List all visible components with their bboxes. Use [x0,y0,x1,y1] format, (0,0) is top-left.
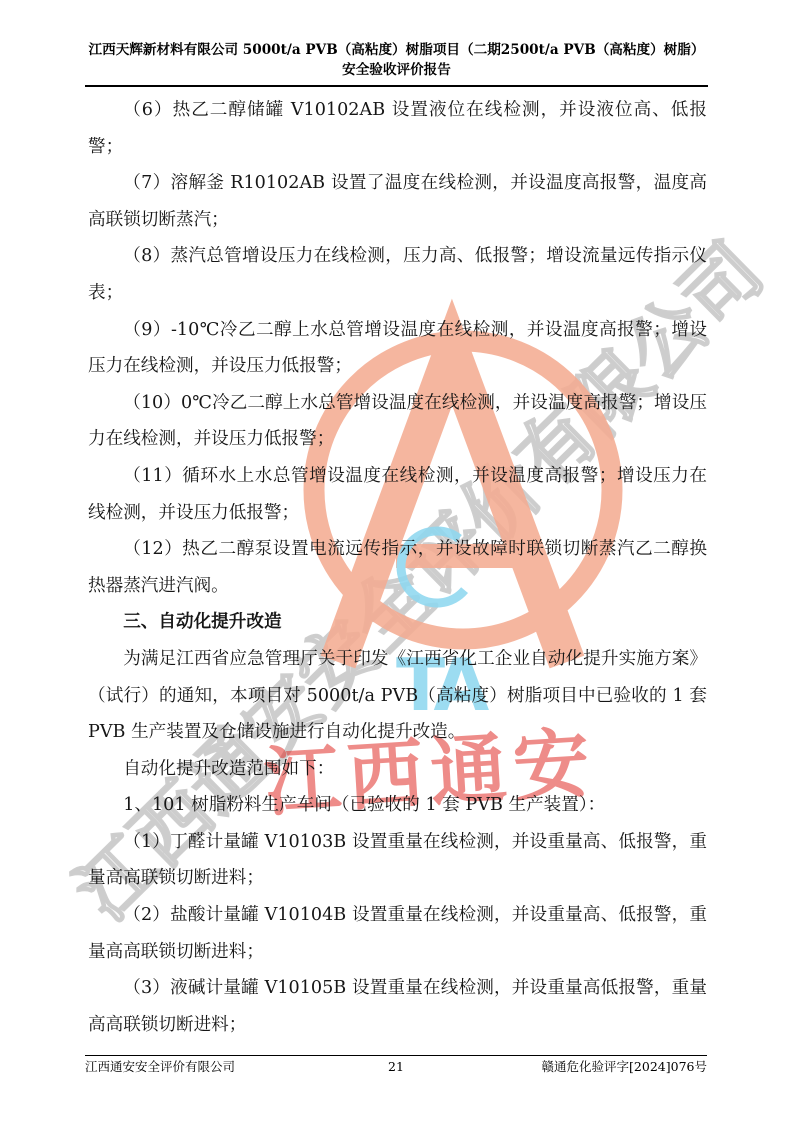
document-page: 江西通安安全评价有限公司 TA 江西通安 江西天辉新材料有限公司 5000t/a… [0,0,793,1122]
document-footer: 江西通安安全评价有限公司 21 赣通危化验评字[2024]076号 [85,1055,707,1078]
footer-page-number: 21 [292,1056,499,1078]
document-body: （6）热乙二醇储罐 V10102AB 设置液位在线检测，并设液位高、低报警； （… [88,92,707,1043]
document-content: 江西天辉新材料有限公司 5000t/a PVB（高粘度）树脂项目（二期2500t… [0,0,793,1122]
paragraph-sub-3: （3）液碱计量罐 V10105B 设置重量在线检测，并设重量高低报警，重量高高联… [88,970,707,1043]
paragraph-item-10: （10）0℃冷乙二醇上水总管增设温度在线检测，并设温度高报警；增设压力在线检测，… [88,385,707,458]
paragraph-scope: 自动化提升改造范围如下： [88,751,707,788]
paragraph-item-7: （7）溶解釜 R10102AB 设置了温度在线检测，并设温度高报警，温度高高联锁… [88,165,707,238]
paragraph-sub-1: （1）丁醛计量罐 V10103B 设置重量在线检测，并设重量高、低报警，重量高高… [88,824,707,897]
paragraph-list-1: 1、101 树脂粉料生产车间（已验收的 1 套 PVB 生产装置）： [88,787,707,824]
paragraph-intro: 为满足江西省应急管理厅关于印发《江西省化工企业自动化提升实施方案》（试行）的通知… [88,641,707,751]
paragraph-item-8: （8）蒸汽总管增设压力在线检测，压力高、低报警；增设流量远传指示仪表； [88,238,707,311]
header-title-line1: 江西天辉新材料有限公司 5000t/a PVB（高粘度）树脂项目（二期2500t… [0,40,793,60]
paragraph-item-11: （11）循环水上水总管增设温度在线检测，并设温度高报警；增设压力在线检测，并设压… [88,458,707,531]
footer-company: 江西通安安全评价有限公司 [85,1056,292,1078]
document-header: 江西天辉新材料有限公司 5000t/a PVB（高粘度）树脂项目（二期2500t… [0,0,793,80]
section-heading: 三、自动化提升改造 [88,604,707,641]
paragraph-sub-2: （2）盐酸计量罐 V10104B 设置重量在线检测，并设重量高、低报警，重量高高… [88,897,707,970]
paragraph-item-6: （6）热乙二醇储罐 V10102AB 设置液位在线检测，并设液位高、低报警； [88,92,707,165]
header-rule [85,85,708,87]
footer-doc-number: 赣通危化验评字[2024]076号 [500,1056,707,1078]
header-title-line2: 安全验收评价报告 [0,60,793,80]
paragraph-item-9: （9）-10℃冷乙二醇上水总管增设温度在线检测，并设温度高报警；增设压力在线检测… [88,312,707,385]
paragraph-item-12: （12）热乙二醇泵设置电流远传指示，并设故障时联锁切断蒸汽乙二醇换热器蒸汽进汽阀… [88,531,707,604]
